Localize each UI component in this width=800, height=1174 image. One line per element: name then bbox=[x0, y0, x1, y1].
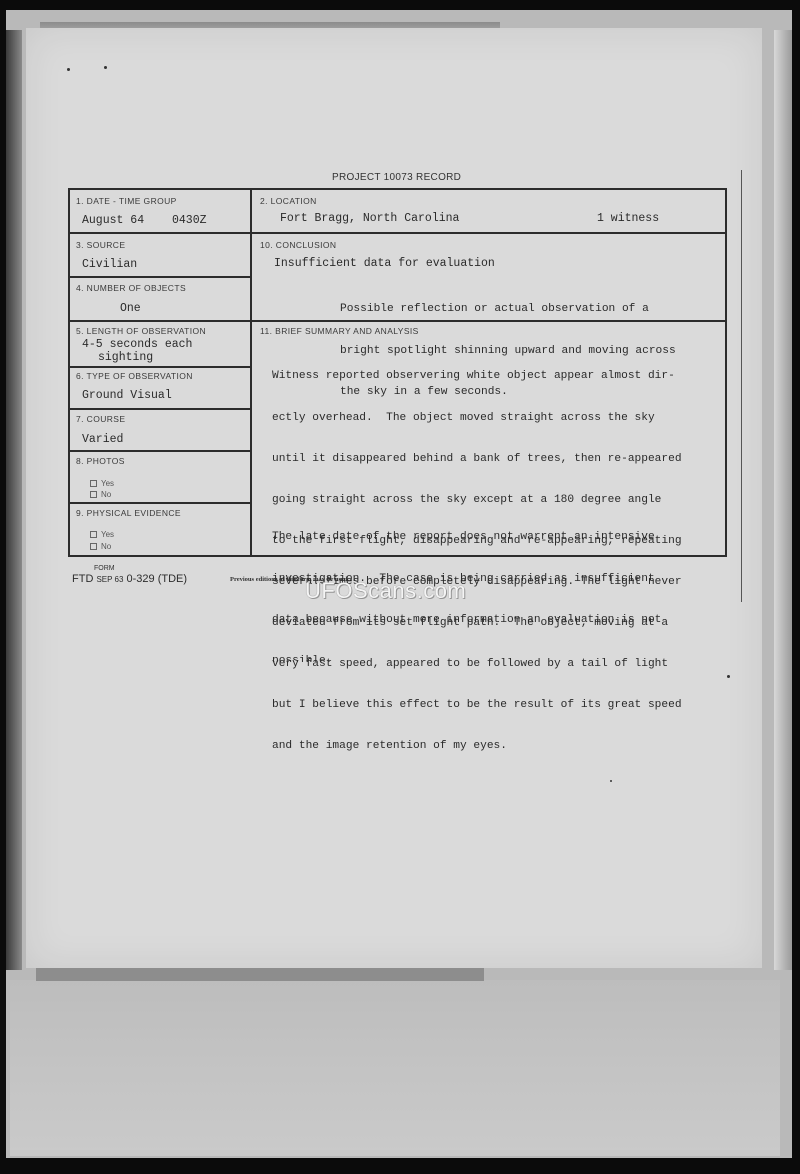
number-of-objects-value: One bbox=[120, 302, 141, 315]
row-divider bbox=[70, 276, 250, 278]
document-title: PROJECT 10073 RECORD bbox=[332, 172, 461, 183]
summary-line: but I believe this effect to be the resu… bbox=[272, 699, 682, 713]
speck bbox=[67, 68, 70, 71]
row-divider bbox=[70, 366, 250, 368]
location-value: Fort Bragg, North Carolina bbox=[280, 212, 459, 225]
course-value: Varied bbox=[82, 433, 123, 446]
summary-line: The late date of the report does not war… bbox=[272, 531, 661, 545]
film-edge-right bbox=[774, 30, 792, 970]
summary-line: and the image retention of my eyes. bbox=[272, 740, 682, 754]
length-of-observation-label: 5. LENGTH OF OBSERVATION bbox=[76, 326, 206, 336]
physical-evidence-label: 9. PHYSICAL EVIDENCE bbox=[76, 508, 181, 518]
checkbox-icon bbox=[90, 531, 97, 538]
footer-form-id: FTD SEP 63 0-329 (TDE) bbox=[72, 573, 187, 585]
checkbox-icon bbox=[90, 491, 97, 498]
length-of-observation-value-1: 4-5 seconds each bbox=[82, 338, 192, 351]
column-divider bbox=[250, 190, 252, 555]
footer-form-code: FTD bbox=[72, 573, 93, 585]
time-value: 0430Z bbox=[172, 214, 207, 227]
type-of-observation-value: Ground Visual bbox=[82, 389, 172, 402]
date-value: August 64 bbox=[82, 214, 144, 227]
footer-form-label: FORM bbox=[94, 565, 115, 572]
photos-no-option[interactable]: No bbox=[90, 490, 111, 499]
source-label: 3. SOURCE bbox=[76, 240, 125, 250]
length-of-observation-value-2: sighting bbox=[98, 351, 153, 364]
summary-line: data because without more information an… bbox=[272, 614, 661, 628]
speck bbox=[727, 675, 730, 678]
physical-evidence-yes-option[interactable]: Yes bbox=[90, 530, 114, 539]
conclusion-note-line: Possible reflection or actual observatio… bbox=[340, 303, 676, 317]
type-of-observation-label: 6. TYPE OF OBSERVATION bbox=[76, 371, 193, 381]
film-edge-left bbox=[6, 30, 22, 970]
row-divider bbox=[70, 450, 250, 452]
speck bbox=[104, 66, 107, 69]
summary-line: possible. bbox=[272, 655, 661, 662]
location-label: 2. LOCATION bbox=[260, 196, 317, 206]
physical-evidence-no-option[interactable]: No bbox=[90, 542, 111, 551]
checkbox-icon bbox=[90, 543, 97, 550]
photos-label: 8. PHOTOS bbox=[76, 456, 125, 466]
summary-line: ectly overhead. The object moved straigh… bbox=[272, 412, 682, 426]
date-time-label: 1. DATE - TIME GROUP bbox=[76, 196, 177, 206]
photos-yes-option[interactable]: Yes bbox=[90, 479, 114, 488]
summary-line: Witness reported observering white objec… bbox=[272, 370, 682, 384]
paper-bottom-shadow bbox=[36, 967, 484, 981]
film-lower-area bbox=[10, 980, 780, 1156]
checkbox-icon bbox=[90, 480, 97, 487]
conclusion-label: 10. CONCLUSION bbox=[260, 240, 336, 250]
summary-line: until it disappeared behind a bank of tr… bbox=[272, 453, 682, 467]
witness-count: 1 witness bbox=[597, 212, 659, 225]
watermark: UFOScans.com bbox=[305, 578, 466, 604]
course-label: 7. COURSE bbox=[76, 414, 125, 424]
summary-label: 11. BRIEF SUMMARY AND ANALYSIS bbox=[260, 326, 419, 336]
footer-form-date: SEP 63 bbox=[96, 575, 123, 584]
number-of-objects-label: 4. NUMBER OF OBJECTS bbox=[76, 283, 186, 293]
row-divider bbox=[70, 502, 250, 504]
conclusion-value: Insufficient data for evaluation bbox=[274, 257, 495, 270]
record-form: 1. DATE - TIME GROUP August 64 0430Z 2. … bbox=[68, 188, 727, 557]
row-divider bbox=[70, 408, 250, 410]
row-divider bbox=[70, 232, 725, 234]
footer-form-number: 0-329 (TDE) bbox=[127, 573, 188, 585]
source-value: Civilian bbox=[82, 258, 137, 271]
margin-rule bbox=[741, 170, 742, 602]
